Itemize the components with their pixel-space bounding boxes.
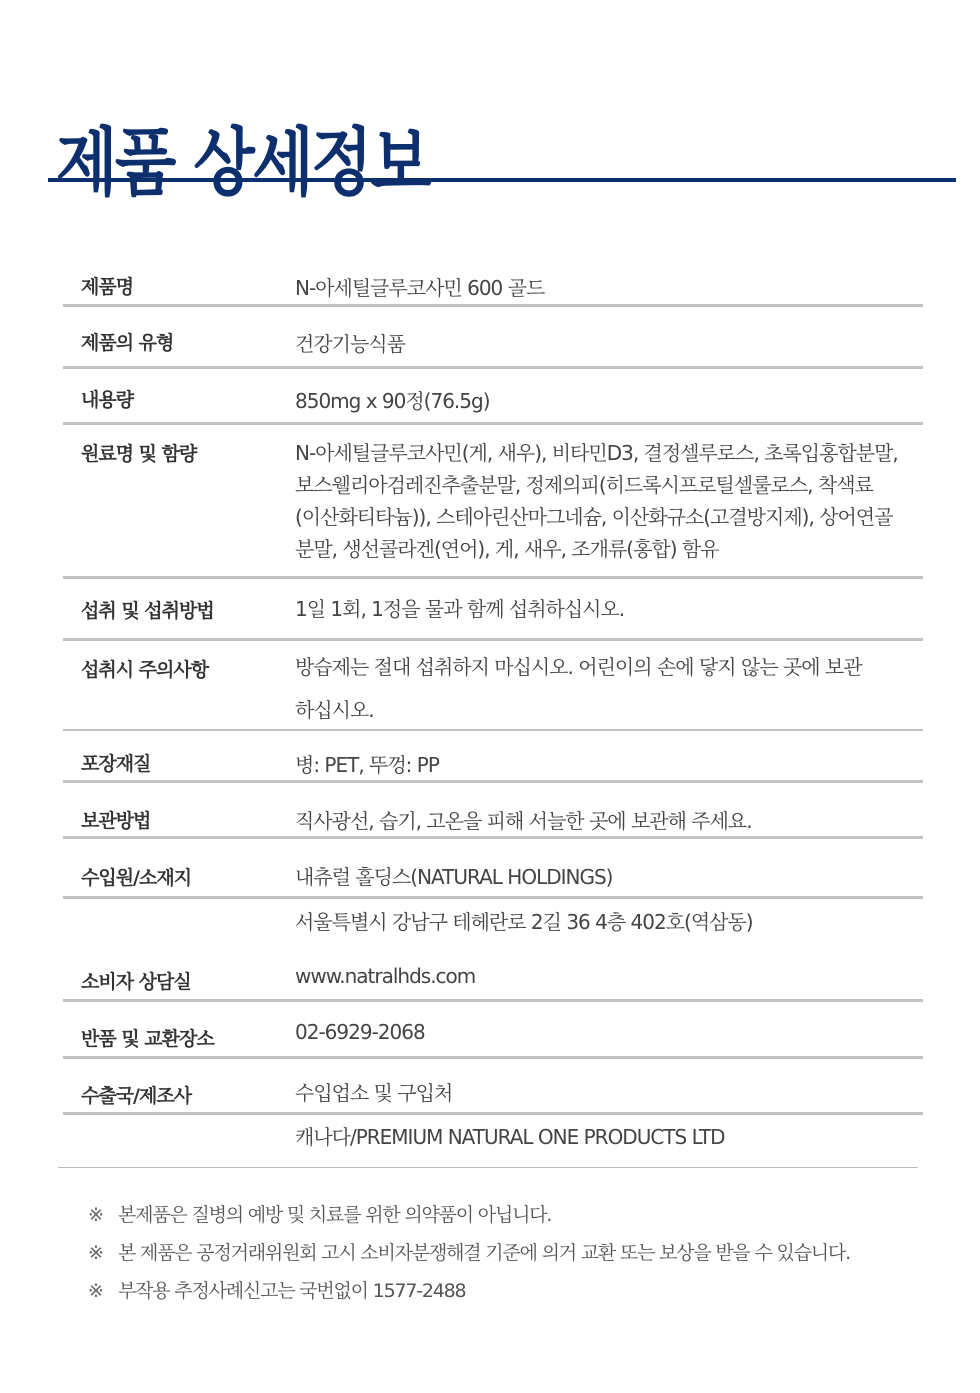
notice-item: ※부작용 추정사례신고는 국번없이 1577-2488 bbox=[88, 1276, 465, 1303]
spec-label: 보관방법 bbox=[81, 806, 150, 833]
spec-value-line: 방습제는 절대 섭취하지 마십시오. 어린이의 손에 닿지 않는 곳에 보관 bbox=[295, 651, 945, 680]
spec-value: 850mg x 90정(76.5g) bbox=[295, 385, 945, 414]
spec-label: 반품 및 교환장소 bbox=[81, 1024, 214, 1051]
notice-item: ※본제품은 질병의 예방 및 치료를 위한 의약품이 아닙니다. bbox=[88, 1200, 551, 1227]
reference-mark-icon: ※ bbox=[88, 1280, 118, 1302]
row-divider bbox=[63, 576, 923, 579]
spec-value-line: 내츄럴 홀딩스(NATURAL HOLDINGS) bbox=[295, 861, 945, 890]
reference-mark-icon: ※ bbox=[88, 1204, 118, 1226]
title-underline bbox=[48, 178, 956, 182]
notice-text: 본제품은 질병의 예방 및 치료를 위한 의약품이 아닙니다. bbox=[118, 1204, 551, 1226]
row-divider bbox=[63, 729, 923, 731]
row-divider bbox=[63, 422, 923, 425]
spec-value-line: (이산화티타늄)), 스테아린산마그네슘, 이산화규소(고결방지제), 상어연골 bbox=[295, 501, 945, 530]
page-title: 제품 상세정보 bbox=[56, 118, 429, 208]
section-divider bbox=[58, 1167, 918, 1168]
notice-item: ※본 제품은 공정거래위원회 고시 소비자분쟁해결 기준에 의거 교환 또는 보… bbox=[88, 1238, 850, 1265]
row-divider bbox=[63, 638, 923, 641]
spec-value-line: 보스웰리아검레진추출분말, 정제의피(히드록시프로틸셀룰로스, 착색료 bbox=[295, 469, 945, 498]
spec-value: 1일 1회, 1정을 물과 함께 섭취하십시오. bbox=[295, 593, 945, 622]
spec-value: 직사광선, 습기, 고온을 피해 서늘한 곳에 보관해 주세요. bbox=[295, 805, 945, 834]
spec-label: 수출국/제조사 bbox=[81, 1081, 191, 1108]
row-divider bbox=[63, 366, 923, 369]
row-divider bbox=[63, 780, 923, 783]
notice-text: 본 제품은 공정거래위원회 고시 소비자분쟁해결 기준에 의거 교환 또는 보상… bbox=[118, 1242, 850, 1264]
notice-text: 부작용 추정사례신고는 국번없이 1577-2488 bbox=[118, 1280, 465, 1302]
row-divider bbox=[63, 1056, 923, 1059]
spec-label: 포장재질 bbox=[81, 749, 150, 776]
spec-label: 소비자 상담실 bbox=[81, 967, 191, 994]
spec-value: 병: PET, 뚜껑: PP bbox=[295, 749, 945, 778]
reference-mark-icon: ※ bbox=[88, 1242, 118, 1264]
spec-label: 섭취 및 섭취방법 bbox=[81, 596, 214, 623]
spec-value-line: 수입업소 및 구입처 bbox=[295, 1077, 945, 1106]
row-divider bbox=[63, 999, 923, 1002]
spec-value-line: N-아세틸글루코사민(게, 새우), 비타민D3, 결정셀루로스, 초록입홍합분… bbox=[295, 437, 945, 466]
row-divider bbox=[63, 304, 923, 307]
spec-value-line: 캐나다/PREMIUM NATURAL ONE PRODUCTS LTD bbox=[295, 1121, 945, 1150]
spec-value: 02-6929-2068 bbox=[295, 1020, 945, 1044]
spec-value: www.natralhds.com bbox=[295, 964, 945, 988]
spec-value-line: 하십시오. bbox=[295, 694, 945, 723]
spec-label: 원료명 및 함량 bbox=[81, 439, 196, 466]
spec-value: 건강기능식품 bbox=[295, 328, 945, 357]
spec-label: 섭취시 주의사항 bbox=[81, 655, 208, 682]
spec-value-line: 분말, 생선콜라겐(연어), 게, 새우, 조개류(홍합) 함유 bbox=[295, 533, 945, 562]
spec-label: 내용량 bbox=[81, 385, 133, 412]
spec-value: N-아세틸글루코사민 600 골드 bbox=[295, 272, 945, 301]
spec-label: 수입원/소재지 bbox=[81, 863, 191, 890]
spec-value-line: 서울특별시 강남구 테헤란로 2길 36 4층 402호(역삼동) bbox=[295, 906, 945, 935]
row-divider bbox=[63, 896, 923, 899]
row-divider bbox=[63, 836, 923, 839]
row-divider bbox=[63, 1112, 923, 1115]
spec-label: 제품의 유형 bbox=[81, 328, 173, 355]
spec-label: 제품명 bbox=[81, 272, 133, 299]
